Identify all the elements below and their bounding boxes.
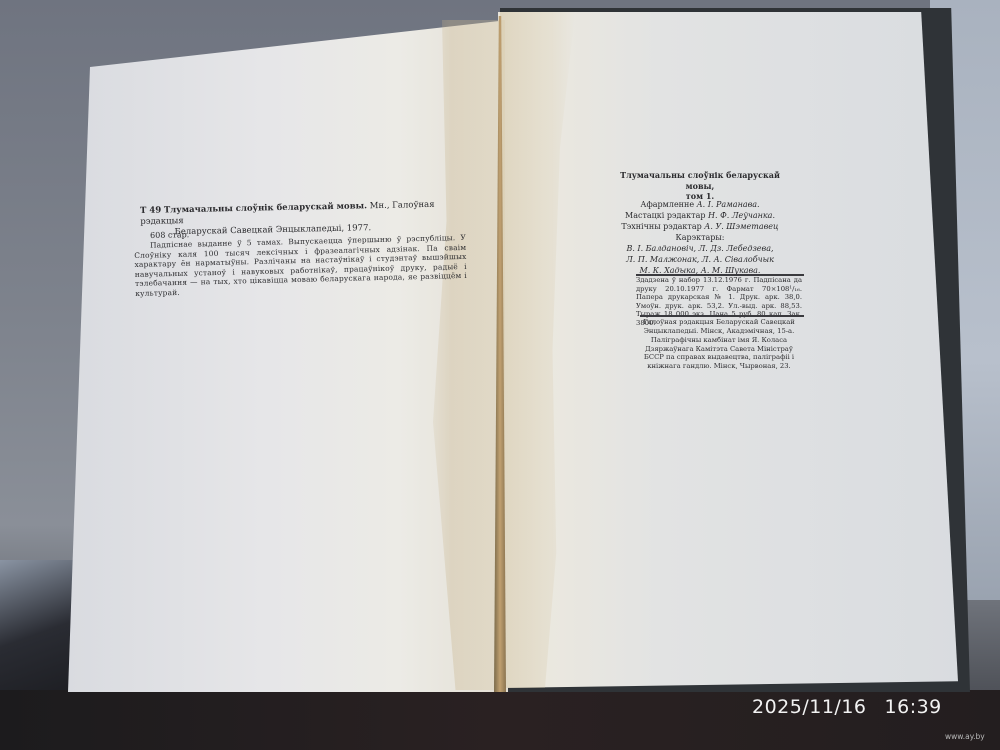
publisher: Галоўная рэдакцыя Беларускай Савецкай Эн… [636,318,802,335]
catalog-code: Т 49 [140,206,161,216]
imprint-title-block: Тлумачальны слоўнік беларускай мовы, том… [608,170,792,202]
page-count: 608 стар. [150,230,189,240]
credit-design: Афармленне А. І. Раманава. [608,199,792,210]
annotation-text: Падпіснае выданне ў 5 тамах. Выпускаецца… [134,233,467,299]
publisher-info: Галоўная рэдакцыя Беларускай Савецкай Эн… [636,318,802,372]
watermark: www.ay.by [945,732,985,741]
credit-art-editor: Мастацкі рэдактар Н. Ф. Леўчанка. [608,210,792,221]
printer: Паліграфічны камбінат імя Я. Коласа Дзяр… [636,336,802,370]
proofreader-line: В. І. Балдановіч, Л. Дз. Лебедзева, [608,243,792,254]
proofreaders-label: Карэктары: [608,232,792,243]
annotation: Падпіснае выданне ў 5 тамах. Выпускаецца… [134,233,467,299]
photo-timestamp: 2025/11/1616:39 [752,696,942,718]
credit-tech-editor: Тэхнічны рэдактар А. У. Шэметавец [608,221,792,232]
credits: Афармленне А. І. Раманава. Мастацкі рэда… [608,199,792,276]
book-title: Тлумачальны слоўнік беларускай мовы, [608,170,792,191]
divider [640,315,804,317]
timestamp-time: 16:39 [885,696,942,718]
proofreader-line: Л. П. Малжонак, Л. А. Сівалобчык [608,254,792,265]
timestamp-date: 2025/11/16 [752,696,867,718]
